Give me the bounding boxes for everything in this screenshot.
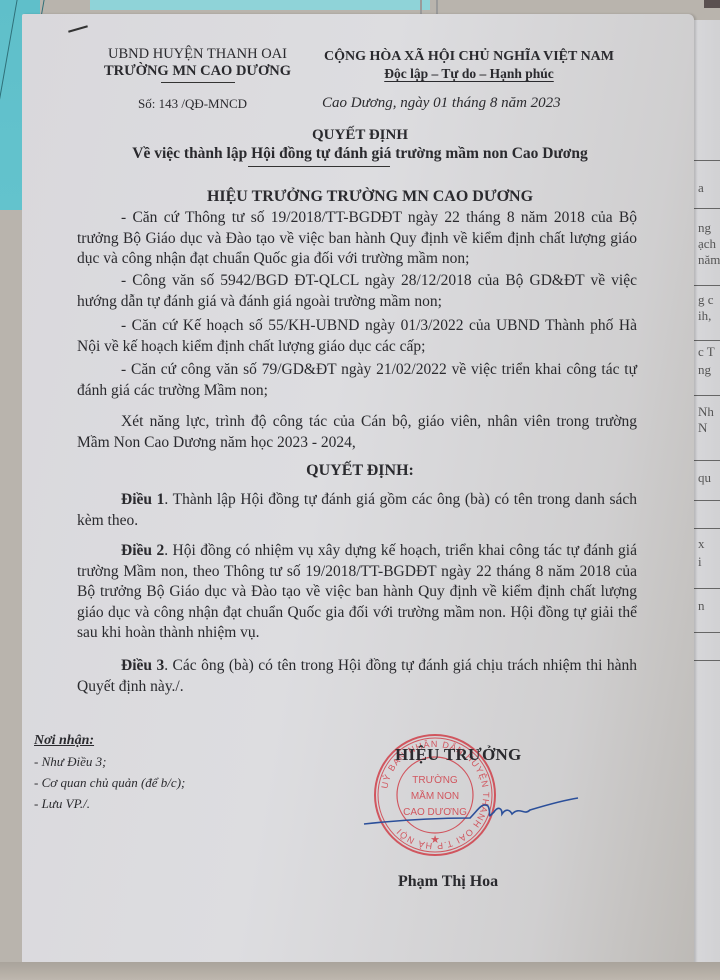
school-name: TRƯỜNG MN CAO DƯƠNG xyxy=(90,63,305,80)
back-sheet-text: g c xyxy=(698,292,714,308)
document-number: Số: 143 /QĐ-MNCD xyxy=(138,96,247,112)
agency-name: UBND HUYỆN THANH OAI xyxy=(90,46,305,63)
handwritten-signature xyxy=(360,790,580,830)
back-sheet-text: ạch xyxy=(698,236,716,252)
document-title: QUYẾT ĐỊNH xyxy=(0,127,720,144)
nation-name: CỘNG HÒA XÃ HỘI CHỦ NGHĨA VIỆT NAM xyxy=(318,48,620,65)
recipients-block: Nơi nhận: - Như Điều 3; - Cơ quan chủ qu… xyxy=(34,730,185,814)
preamble-item: - Căn cứ Thông tư số 19/2018/TT-BGDĐT ng… xyxy=(77,208,637,270)
back-sheet-text: x xyxy=(698,536,705,552)
back-sheet-text: c T xyxy=(698,344,715,360)
back-sheet-text: ih, xyxy=(698,308,711,324)
recipient-item: - Cơ quan chủ quản (để b/c); xyxy=(34,772,185,793)
signer-name: Phạm Thị Hoa xyxy=(398,873,498,891)
issuer-heading: HIỆU TRƯỞNG TRƯỜNG MN CAO DƯƠNG xyxy=(0,188,720,206)
document-subtitle: Về việc thành lập Hội đồng tự đánh giá t… xyxy=(0,145,720,163)
article-3: Điều 3. Các ông (bà) có tên trong Hội đồ… xyxy=(77,656,637,697)
back-sheet-text: i xyxy=(698,554,702,570)
background-corner xyxy=(704,0,720,8)
subtitle-underline xyxy=(248,166,390,167)
recipient-item: - Lưu VP./. xyxy=(34,793,185,814)
svg-text:★: ★ xyxy=(430,834,440,846)
preamble-item: - Căn cứ Kế hoạch số 55/KH-UBND ngày 01/… xyxy=(77,316,637,357)
preamble-item: Xét năng lực, trình độ công tác của Cán … xyxy=(77,412,637,453)
preamble-item: - Công văn số 5942/BGD ĐT-QLCL ngày 28/1… xyxy=(77,271,637,312)
back-sheet-text: Nh xyxy=(698,404,714,420)
preamble-item: - Căn cứ công văn số 79/GD&ĐT ngày 21/02… xyxy=(77,360,637,401)
back-sheet-text: N xyxy=(698,420,707,436)
national-motto: Độc lập – Tự do – Hạnh phúc xyxy=(318,65,620,82)
table-surface xyxy=(0,962,720,980)
back-sheet: a ng ạch năm g c ih, c T ng Nh N qu x i … xyxy=(690,20,720,980)
article-1: Điều 1. Thành lập Hội đồng tự đánh giá g… xyxy=(77,490,637,531)
article-2: Điều 2. Hội đồng có nhiệm vụ xây dựng kế… xyxy=(77,541,637,644)
signatory-title: HIỆU TRƯỞNG xyxy=(395,745,522,765)
background-strip xyxy=(90,0,430,10)
decision-heading: QUYẾT ĐỊNH: xyxy=(0,462,720,480)
issuing-authority: UBND HUYỆN THANH OAI TRƯỜNG MN CAO DƯƠNG xyxy=(90,46,305,83)
back-sheet-text: năm xyxy=(698,252,720,268)
national-header: CỘNG HÒA XÃ HỘI CHỦ NGHĨA VIỆT NAM Độc l… xyxy=(318,48,620,82)
header-underline xyxy=(161,82,235,83)
recipients-label: Nơi nhận: xyxy=(34,730,185,751)
back-sheet-text: ng xyxy=(698,220,711,236)
recipient-item: - Như Điều 3; xyxy=(34,751,185,772)
svg-text:TRƯỜNG: TRƯỜNG xyxy=(412,773,458,786)
place-date: Cao Dương, ngày 01 tháng 8 năm 2023 xyxy=(322,95,561,112)
back-sheet-text: n xyxy=(698,598,705,614)
back-sheet-text: ng xyxy=(698,362,711,378)
